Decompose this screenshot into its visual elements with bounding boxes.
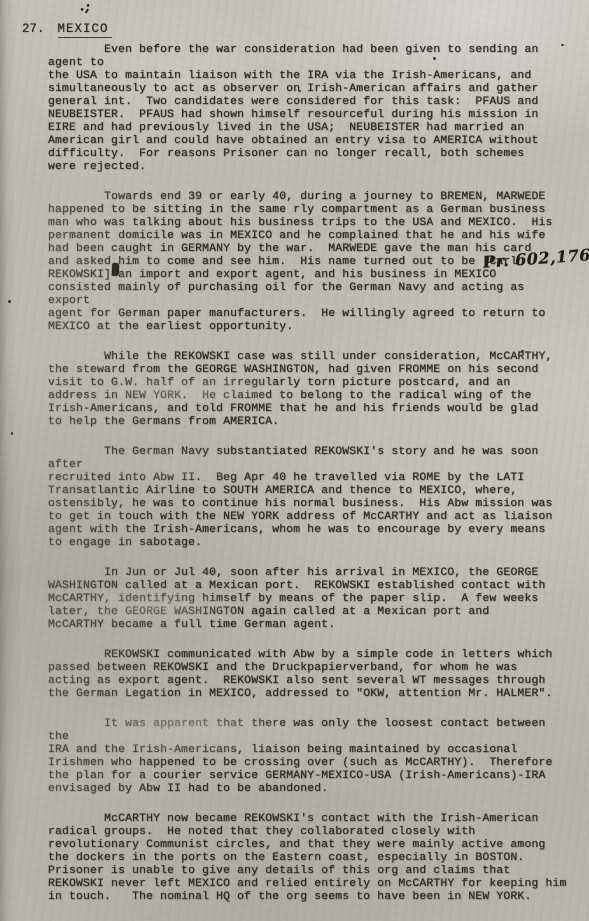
paper-speck — [521, 350, 524, 352]
section-title: MEXICO — [58, 22, 112, 38]
paper-speck — [299, 90, 301, 92]
section-heading: 27.MEXICO — [22, 22, 112, 36]
scanned-document-page: .; 27.MEXICO Even before the war conside… — [0, 0, 589, 921]
document-body: Even before the war consideration had be… — [48, 44, 572, 921]
ink-blot-mark — [112, 263, 120, 276]
paper-speck — [561, 44, 564, 46]
section-number: 27. — [22, 22, 45, 36]
paper-speck — [433, 57, 436, 60]
paragraph: Even before the war consideration had be… — [48, 44, 572, 174]
stray-typed-mark: .; — [79, 0, 92, 16]
paragraph: The German Navy substantiated REKOWSKI's… — [48, 446, 572, 550]
paragraph: While the REKOWSKI case was still under … — [48, 351, 572, 429]
paper-speck — [11, 432, 13, 435]
paper-speck — [8, 300, 11, 303]
paragraph: REKOWSKI communicated with Abw by a simp… — [48, 649, 572, 701]
paragraph: McCARTHY now became REKOWSKI's contact w… — [48, 813, 572, 904]
paragraph: It was apparent that there was only the … — [48, 718, 572, 796]
paragraph: In Jun or Jul 40, soon after his arrival… — [48, 567, 572, 632]
